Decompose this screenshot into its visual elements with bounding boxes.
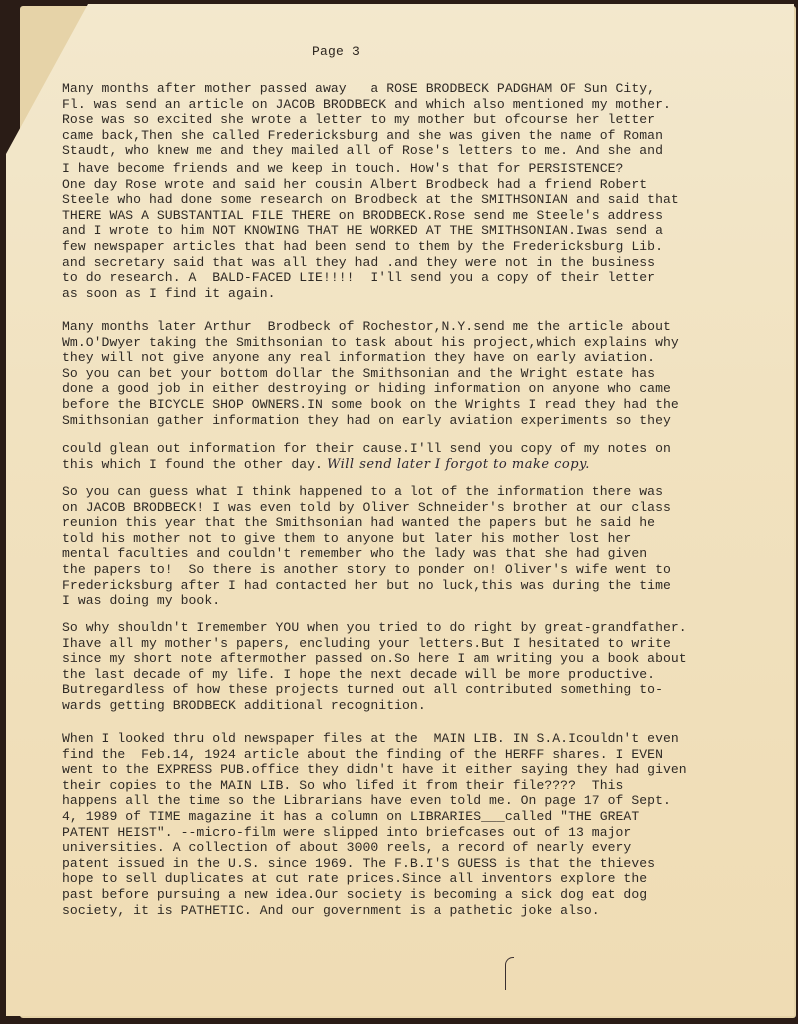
text-line: went to the EXPRESS PUB.office they didn… bbox=[62, 762, 792, 778]
text-line: patent issued in the U.S. since 1969. Th… bbox=[62, 856, 792, 872]
text-line: the papers to! So there is another story… bbox=[62, 562, 792, 578]
text-line: Wm.O'Dwyer taking the Smithsonian to tas… bbox=[62, 335, 792, 351]
text-line: So you can guess what I think happened t… bbox=[62, 484, 792, 500]
text-line: When I looked thru old newspaper files a… bbox=[62, 731, 792, 747]
text-line: this which I found the other day.Will se… bbox=[62, 457, 792, 473]
paragraph-3: So you can guess what I think happened t… bbox=[62, 484, 792, 609]
text-line: I was doing my book. bbox=[62, 593, 792, 609]
text-line: and I wrote to him NOT KNOWING THAT HE W… bbox=[62, 223, 792, 239]
paragraph-1: Many months after mother passed away a R… bbox=[62, 81, 792, 301]
text-line: One day Rose wrote and said her cousin A… bbox=[62, 177, 792, 193]
text-line: since my short note aftermother passed o… bbox=[62, 651, 792, 667]
paragraph-4: So why shouldn't Iremember YOU when you … bbox=[62, 620, 792, 714]
text-line: society, it is PATHETIC. And our governm… bbox=[62, 903, 792, 919]
text-line: few newspaper articles that had been sen… bbox=[62, 239, 792, 255]
text-line: they will not give anyone any real infor… bbox=[62, 350, 792, 366]
text-line: as soon as I find it again. bbox=[62, 286, 792, 302]
text-line: Fl. was send an article on JACOB BRODBEC… bbox=[62, 97, 792, 113]
text-line: past before pursuing a new idea.Our soci… bbox=[62, 887, 792, 903]
text-line: their copies to the MAIN LIB. So who lif… bbox=[62, 778, 792, 794]
text-line: reunion this year that the Smithsonian h… bbox=[62, 515, 792, 531]
text-line: to do research. A BALD-FACED LIE!!!! I'l… bbox=[62, 270, 792, 286]
text-line: So you can bet your bottom dollar the Sm… bbox=[62, 366, 792, 382]
text-line: Many months later Arthur Brodbeck of Roc… bbox=[62, 319, 792, 335]
text-line: universities. A collection of about 3000… bbox=[62, 840, 792, 856]
text-line: find the Feb.14, 1924 article about the … bbox=[62, 747, 792, 763]
text-line: hope to sell duplicates at cut rate pric… bbox=[62, 871, 792, 887]
text-line-segment: this which I found the other day. bbox=[62, 457, 323, 472]
text-line: happens all the time so the Librarians h… bbox=[62, 793, 792, 809]
text-line: on JACOB BRODBECK! I was even told by Ol… bbox=[62, 500, 792, 516]
text-line: Rose was so excited she wrote a letter t… bbox=[62, 112, 792, 128]
text-line: came back,Then she called Fredericksburg… bbox=[62, 128, 792, 144]
paragraph-2: Many months later Arthur Brodbeck of Roc… bbox=[62, 319, 792, 472]
text-line: mental faculties and couldn't remember w… bbox=[62, 546, 792, 562]
text-line: Steele who had done some research on Bro… bbox=[62, 192, 792, 208]
text-line: before the BICYCLE SHOP OWNERS.IN some b… bbox=[62, 397, 792, 413]
text-line: Ihave all my mother's papers, encluding … bbox=[62, 636, 792, 652]
text-line: I have become friends and we keep in tou… bbox=[62, 161, 792, 177]
text-line: 4, 1989 of TIME magazine it has a column… bbox=[62, 809, 792, 825]
pen-mark bbox=[505, 957, 514, 990]
text-line: So why shouldn't Iremember YOU when you … bbox=[62, 620, 792, 636]
text-line: PATENT HEIST". --micro-film were slipped… bbox=[62, 825, 792, 841]
text-line: the last decade of my life. I hope the n… bbox=[62, 667, 792, 683]
text-line: Fredericksburg after I had contacted her… bbox=[62, 578, 792, 594]
text-line: told his mother not to give them to anyo… bbox=[62, 531, 792, 547]
text-line: Smithsonian gather information they had … bbox=[62, 413, 792, 429]
text-line: Many months after mother passed away a R… bbox=[62, 81, 792, 97]
text-line: and secretary said that was all they had… bbox=[62, 255, 792, 271]
paragraph-5: When I looked thru old newspaper files a… bbox=[62, 731, 792, 918]
text-line: Butregardless of how these projects turn… bbox=[62, 682, 792, 698]
text-line: done a good job in either destroying or … bbox=[62, 381, 792, 397]
text-line: THERE WAS A SUBSTANTIAL FILE THERE on BR… bbox=[62, 208, 792, 224]
text-line: wards getting BRODBECK additional recogn… bbox=[62, 698, 792, 714]
handwritten-note: Will send later I forgot to make copy. bbox=[327, 457, 590, 472]
text-line: could glean out information for their ca… bbox=[62, 441, 792, 457]
page-number: Page 3 bbox=[312, 44, 360, 59]
text-line: Staudt, who knew me and they mailed all … bbox=[62, 143, 792, 159]
